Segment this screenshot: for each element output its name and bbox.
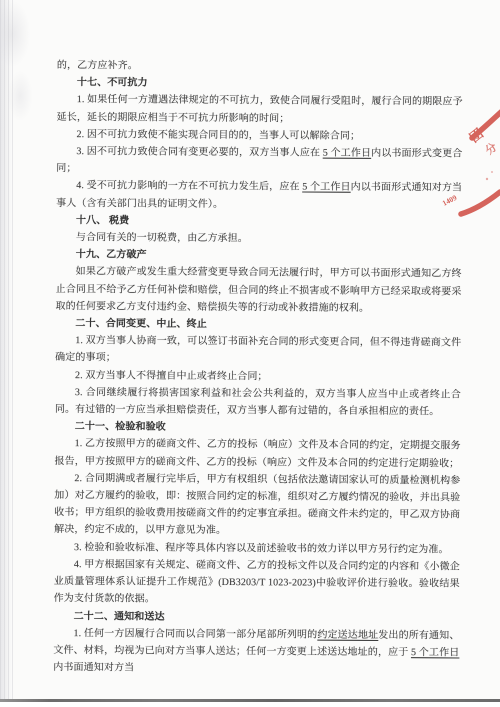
clause-paragraph: 1. 如果任何一方遭遇法律规定的不可抗力，致使合同履行受阻时，履行合同的期限应予… xyxy=(57,91,463,128)
clause-text: 4. 甲方根据国家有关规定、磋商文件、乙方的投标文件以及合同约定的内容和《小微企… xyxy=(54,559,460,605)
clause-text: 2. 双方当事人不得擅自中止或者终止合同； xyxy=(75,370,268,382)
clause-text: 2. 合同期满或者履行完毕后，甲方有权组织（包括依法邀请国家认可的质量检测机构参… xyxy=(54,473,460,537)
scanned-contract-page: 的，乙方应补齐。十七、不可抗力1. 如果任何一方遭遇法律规定的不可抗力，致使合同… xyxy=(0,0,500,707)
seal-speck xyxy=(491,171,493,173)
clause-paragraph: 如果乙方破产或发生重大经营变更导致合同无法履行时，甲方可以书面形式通知乙方终止合… xyxy=(55,263,461,317)
seal-ring-arc-top xyxy=(472,112,500,138)
seal-char-mid: 分 xyxy=(482,140,499,158)
clause-text: 3. 检验和验收标准、程序等具体内容以及前述验收书的效力详以甲方另行约定为准。 xyxy=(74,542,449,555)
clause-text: 1. 双方当事人协商一致，可以签订书面补充合同的形式变更合同，但不得违背磋商文件… xyxy=(55,335,461,363)
clause-text: 如果乙方破产或发生重大经营变更导致合同无法履行时，甲方可以书面形式通知乙方终止合… xyxy=(55,267,461,314)
clause-text: 1. 任何一方因履行合同而以合同第一部分尾部所列明的 xyxy=(73,628,317,640)
clause-paragraph: 1. 任何一方因履行合同而以合同第一部分尾部所列明的约定送达地址发出的所有通知、… xyxy=(53,625,459,679)
clause-paragraph: 3. 合同继续履行将损害国家利益和社会公共利益的，双方当事人应当中止或者终止合同… xyxy=(55,384,461,421)
seal-char-top: 团 xyxy=(467,126,486,146)
clause-text: 二十一、检验和验收 xyxy=(75,421,166,433)
underlined-term: 5 个工作日 xyxy=(411,647,459,658)
clause-paragraph: 4. 甲方根据国家有关规定、磋商文件、乙方的投标文件以及合同约定的内容和《小微企… xyxy=(54,556,460,610)
clause-text: 十八、 税费 xyxy=(76,215,129,226)
clause-heading: 二十二、通知和送达 xyxy=(54,607,460,627)
contract-text-block: 的，乙方应补齐。十七、不可抗力1. 如果任何一方遭遇法律规定的不可抗力，致使合同… xyxy=(53,57,463,679)
clause-text: 二十、合同变更、中止、终止 xyxy=(75,318,207,330)
clause-text: 1. 如果任何一方遭遇法律规定的不可抗力，致使合同履行受阻时，履行合同的期限应予… xyxy=(57,95,463,125)
clause-text: 3. 因不可抗力致使合同有变更必要的，双方当事人应在 xyxy=(76,146,322,159)
clause-text: 十九、乙方破产 xyxy=(76,249,147,260)
clause-paragraph: 3. 因不可抗力致使合同有变更必要的，双方当事人应在 5 个工作日内以书面形式变… xyxy=(56,143,462,180)
clause-text: 与合同有关的一切税费，由乙方承担。 xyxy=(76,232,248,244)
clause-text: 2. 因不可抗力致使不能实现合同目的的，当事人可以解除合同； xyxy=(76,129,360,142)
seal-ring-arc-bottom xyxy=(461,192,500,214)
scan-area-below-page xyxy=(0,702,500,707)
scan-edge-left-shadow xyxy=(0,0,14,700)
clause-paragraph: 2. 合同期满或者履行完毕后，甲方有权组织（包括依法邀请国家认可的质量检测机构参… xyxy=(54,470,460,541)
clause-paragraph: 4. 受不可抗力影响的一方在不可抗力发生后，应在 5 个工作日内以书面形式通知对… xyxy=(56,177,462,214)
underlined-term: 5 个工作日 xyxy=(302,182,350,193)
clause-text: 1. 乙方按照甲方的磋商文件、乙方的投标（响应）文件及本合同的约定，定期提交服务… xyxy=(54,439,460,470)
clause-text: 4. 受不可抗力影响的一方在不可抗力发生后，应在 xyxy=(76,181,302,193)
seal-speck xyxy=(486,178,488,180)
clause-paragraph: 1. 乙方按照甲方的磋商文件、乙方的投标（响应）文件及本合同的约定，定期提交服务… xyxy=(54,435,460,472)
clause-text: 3. 合同继续履行将损害国家利益和社会公共利益的，双方当事人应当中止或者终止合同… xyxy=(55,387,461,417)
clause-text: 内书面通知对方当 xyxy=(53,662,134,673)
clause-text: 二十二、通知和送达 xyxy=(74,611,165,623)
clause-paragraph: 1. 双方当事人协商一致，可以签订书面补充合同的形式变更合同，但不得违背磋商文件… xyxy=(55,332,461,369)
clause-text: 十七、不可抗力 xyxy=(77,77,148,88)
underlined-term: 5 个工作日 xyxy=(323,148,371,159)
underlined-term: 约定送达地址 xyxy=(317,629,378,640)
clause-text: 的，乙方应补齐。 xyxy=(57,60,138,71)
